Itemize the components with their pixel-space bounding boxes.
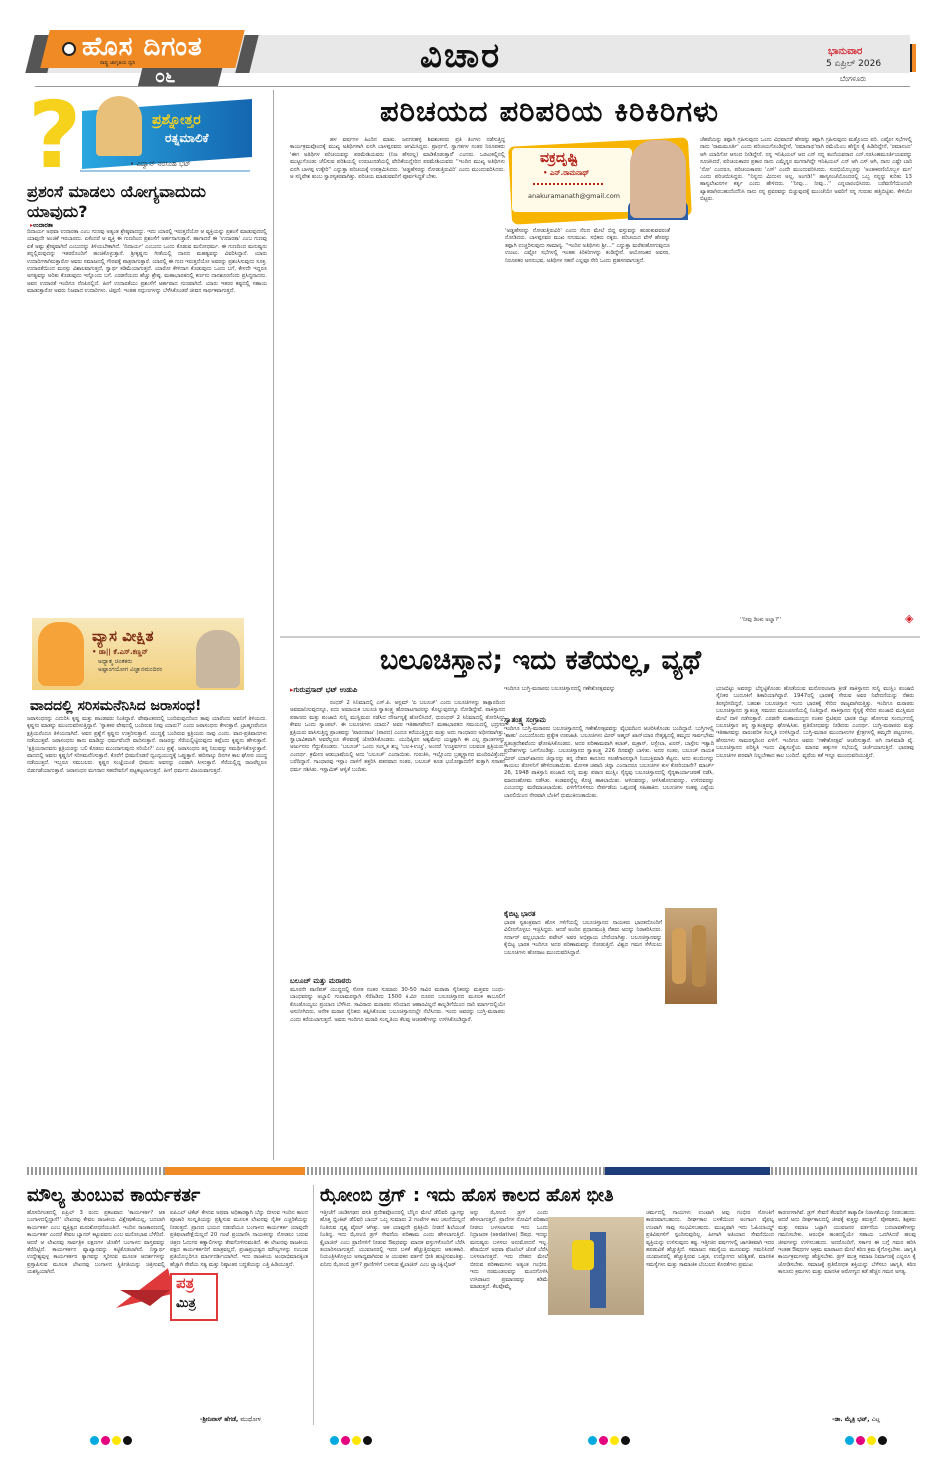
black-dot bbox=[878, 1436, 887, 1445]
issue-day: ಭಾನುವಾರ bbox=[828, 46, 862, 57]
magenta-dot bbox=[599, 1436, 608, 1445]
letter-body-col1: ಹೊಸದಿಗಂತದಲ್ಲಿ ಏಪ್ರಿಲ್ 3 ರಂದು ಪ್ರಕಟವಾದ 'ಕ… bbox=[27, 1210, 165, 1425]
column-divider bbox=[313, 1185, 314, 1425]
vyasa-column-title: ವ್ಯಾಸ ವೀಕ್ಷಿತ bbox=[92, 627, 153, 645]
baluchistan-body-col2: ಇಂದಿಗೂ ಬುಗ್ತಿ-ಮರಾಠರು ಬಲೂಚಿಸ್ತಾನದಲ್ಲಿ ಗಣೇ… bbox=[504, 726, 714, 904]
page-number: ೦೬ bbox=[155, 66, 175, 87]
zombie-signature: -ಡಾ. ಮೈತ್ರಿ ಭಟ್, ವಿಟ್ಲ bbox=[832, 1416, 880, 1424]
zombie-body-col3: ಚರ್ಮದಲ್ಲಿ ಗಾಯಗಳು ಉಂಟಾಗಿ ಅವು ಗಂಭೀರ ಸೋಂಕಿಗ… bbox=[646, 1210, 774, 1425]
letter-signature: -ಶ್ರೀನಿವಾಸ್ ಹೆಗಡೆ, ಮುಧೋಳ bbox=[200, 1416, 261, 1424]
cyan-dot bbox=[330, 1436, 339, 1445]
author-photo bbox=[196, 630, 240, 688]
baluchistan-body-col3: ಭುಜಬಿಟ್ಟು ಅವರನ್ನು ಬೆನ್ನಟ್ಟಿಕೊಂಡು ಹೊಡೆಯುವ… bbox=[716, 686, 914, 1156]
main-article-body-col1: ಹಳ ವರ್ಷಗಳ ಹಿಂದಿನ ಮಾತು. ಜನಗನಹಳ್ಳಿ ಶಿವಶಂಕರ… bbox=[290, 137, 505, 577]
vyasa-body: ಜರಾಸಂಧನನ್ನು ಎದುರಿಸಿ ಕೃಷ್ಣ ಮತ್ತು ಪಾಂಡವರು … bbox=[27, 716, 267, 1156]
yellow-dot bbox=[867, 1436, 876, 1445]
photo-delivery-bag bbox=[572, 1240, 594, 1270]
author-photo bbox=[96, 96, 142, 156]
section-title: ವಿಚಾರ bbox=[420, 36, 501, 76]
main-headline[interactable]: ಪರಿಚಯದ ಪರಿಪರಿಯ ಕಿರಿಕಿರಿಗಳು bbox=[380, 94, 719, 129]
sage-illustration bbox=[38, 622, 84, 686]
columnist-email[interactable]: anakuramanath@gmail.com bbox=[528, 192, 620, 200]
cyan-dot bbox=[845, 1436, 854, 1445]
qa-column-title: ಪ್ರಶ್ನೋತ್ತರ bbox=[152, 112, 201, 128]
columnist-photo bbox=[630, 140, 686, 218]
qa-author: • ವಿದ್ವಾನ್ ನರಸಿಂಹ ಭಟ್ bbox=[130, 160, 191, 169]
main-article-body-col2: 'ಅಡ್ಡಹೆಸರನ್ನು ನೋಡುತ್ತಿರುವಿರಿ' ಎಂದು ನೆಲದ … bbox=[505, 228, 670, 593]
subheading: ಕೈಬಿಟ್ಟ ಭಾರತ bbox=[504, 910, 536, 919]
yellow-dot bbox=[352, 1436, 361, 1445]
baluchistan-body-col1b: ಮೂರನೇ ಪಾಣಿಪತ್ ಯುದ್ಧದಲ್ಲಿ ಸೋತ ನಂತರ ಸುಮಾರು… bbox=[290, 987, 505, 1157]
photo-figure bbox=[672, 928, 686, 984]
magenta-dot bbox=[101, 1436, 110, 1445]
baluchistan-body-col2b: ಭಾರತ ಸ್ವತಂತ್ರವಾದ ಹೊಸ ಗಳಿಗೆಯಲ್ಲಿ ಬಲೂಚಿಸ್ತ… bbox=[504, 920, 662, 1156]
zombie-drug-headline[interactable]: ಝೋಂಬಿ ಡ್ರಗ್ : ಇದು ಹೊಸ ಕಾಲದ ಹೊಸ ಭೀತಿ bbox=[320, 1185, 614, 1206]
main-article-last-line: ''ನೀವು ಡಿಂಕು ಅಲ್ವಾ?'' bbox=[740, 617, 900, 624]
cmyk-marks bbox=[845, 1436, 887, 1445]
signature-name: -ಡಾ. ಮೈತ್ರಿ ಭಟ್, bbox=[832, 1416, 870, 1423]
subheading: ಸ್ವಾತಂತ್ರ್ಯ ಸಂಗ್ರಾಮ bbox=[504, 716, 546, 725]
column-name: ವಕ್ರದೃಷ್ಟಿ bbox=[540, 150, 578, 166]
vyasa-author-org: ಅಷ್ಟಾಂಗಯೋಗ ವಿಜ್ಞಾನಮಂದಿರಂ bbox=[98, 666, 162, 674]
column-divider bbox=[273, 90, 274, 1160]
qa-headline[interactable]: ಪ್ರಶಂಸೆ ಮಾಡಲು ಯೋಗ್ಯವಾದುದು ಯಾವುದು? bbox=[27, 182, 267, 222]
black-dot bbox=[621, 1436, 630, 1445]
photo-figure bbox=[692, 925, 706, 987]
baluchistan-body-col1: ರಂಧರ್ 2 ಸಿನಿಮಾದಲ್ಲಿ ಎಸ್.ಪಿ. ಅಸ್ಲಮ್ 'ಏ ಬಲ… bbox=[290, 700, 505, 972]
patra-mitra-line1: ಪತ್ರ bbox=[176, 1274, 194, 1292]
columnist-name: • ಎನ್.ರಾಮನಾಥ್ bbox=[543, 169, 589, 178]
baluchistan-byline: ಗುರುಪ್ರಸಾದ್ ಭಟ್ ಉಡುಪಿ bbox=[290, 686, 357, 695]
vyasa-author-role: ಅಧ್ಯಾತ್ಮ ಚಿಂತಕರು bbox=[98, 658, 132, 666]
question-mark-icon: ? bbox=[28, 90, 81, 182]
decorative-dots bbox=[533, 183, 603, 185]
issue-date: 5 ಏಪ್ರಿಲ್ 2026 bbox=[826, 59, 881, 69]
baluchistan-headline[interactable]: ಬಲೂಚಿಸ್ತಾನ; ಇದು ಕತೆಯಲ್ಲ, ವ್ಯಥೆ bbox=[380, 645, 701, 677]
signature-place: ಮುಧೋಳ bbox=[240, 1416, 261, 1423]
patra-mitra-line2: ಮಿತ್ರ bbox=[176, 1296, 196, 1311]
qa-column-subtitle: ರತ್ನಮಾಲಿಕೆ bbox=[165, 131, 209, 146]
newspaper-logo[interactable]: ಹೊಸ ದಿಗಂತ bbox=[82, 32, 203, 63]
baluchistan-body-col2a: ಇಂದಿಗೂ ಬುಗ್ತಿ-ಮರಾಠರು ಬಲೂಚಿಸ್ತಾನದಲ್ಲಿ ಗಣೇ… bbox=[504, 686, 714, 714]
magenta-dot bbox=[341, 1436, 350, 1445]
vyasa-author: • ಡಾ|| ಕೆ.ಎಸ್.ಕಣ್ಣನ್ bbox=[92, 648, 148, 657]
yellow-dot bbox=[610, 1436, 619, 1445]
stripe-accent-navy bbox=[605, 1167, 770, 1175]
signature-place: ವಿಟ್ಲ bbox=[872, 1416, 881, 1423]
zombie-body-col4: ಕಾರಣಗಳಾಗಿವೆ. ಡ್ರಗ್ ಸೇವನೆ ಕೆಲವರಿಗೆ ತಾತ್ಕಾ… bbox=[778, 1210, 916, 1425]
signature-name: -ಶ್ರೀನಿವಾಸ್ ಹೆಗಡೆ, bbox=[200, 1416, 238, 1423]
black-dot bbox=[363, 1436, 372, 1445]
section-divider bbox=[280, 636, 920, 638]
logo-tagline: ರಾಷ್ಟ್ರ ಜಾಗೃತಿಯ ಧ್ವನಿ bbox=[100, 60, 135, 66]
black-dot bbox=[123, 1436, 132, 1445]
masthead-rule bbox=[35, 86, 910, 87]
stripe-accent-orange bbox=[165, 1167, 305, 1175]
cmyk-marks bbox=[588, 1436, 630, 1445]
section-stripe bbox=[27, 1167, 917, 1175]
yellow-dot bbox=[112, 1436, 121, 1445]
end-of-article-icon: ◈ bbox=[905, 612, 913, 625]
letter-headline[interactable]: ಮೌಲ್ಯ ತುಂಬುವ ಕಾರ್ಯಕರ್ತ bbox=[27, 1185, 200, 1206]
qa-body: ದಿದಾರ್ಯ ಅಥವಾ ಉದಾರತಾ ಎಂಬ ಗುಣವು ಅತ್ಯಂತ ಶ್ರ… bbox=[27, 229, 267, 609]
main-article-body-col3: ಚೆಹರೆಯನ್ನು ತಪ್ಪಾಗಿ ಗ್ರಹಿಸುವುದು ಒಂದು ವಿಧವ… bbox=[700, 137, 912, 597]
subheading: ಬಲೂಚ್ ಮತ್ತು ಮರಾಠರು bbox=[290, 977, 351, 986]
cyan-dot bbox=[90, 1436, 99, 1445]
page-number-badge bbox=[138, 68, 223, 87]
magenta-dot bbox=[856, 1436, 865, 1445]
cmyk-marks bbox=[90, 1436, 132, 1445]
cmyk-marks bbox=[330, 1436, 372, 1445]
zombie-body-col1: ಇತ್ತೀಚೆಗೆ ಚಂಡೀಗಢದ ವಸತಿ ಪ್ರದೇಶವೊಂದರಲ್ಲಿ ಬ… bbox=[320, 1210, 465, 1425]
divider bbox=[80, 170, 250, 172]
logo-emblem-icon bbox=[62, 42, 76, 56]
zombie-body-col2: ಅನ್ನು ಝೋಂಬಿ ಡ್ರಗ್ ಎಂದು ಹೇಳಲಾಗುತ್ತದೆ. ಪ್ರ… bbox=[470, 1210, 548, 1425]
vyasa-headline[interactable]: ವಾದದಲ್ಲಿ ಸರಿಸಮನೆನಿಸಿದ ಜರಾಸಂಧ! bbox=[30, 698, 201, 714]
edition-city: ಬೆಂಗಳೂರು bbox=[840, 75, 866, 84]
cyan-dot bbox=[588, 1436, 597, 1445]
date-marker bbox=[910, 44, 916, 72]
